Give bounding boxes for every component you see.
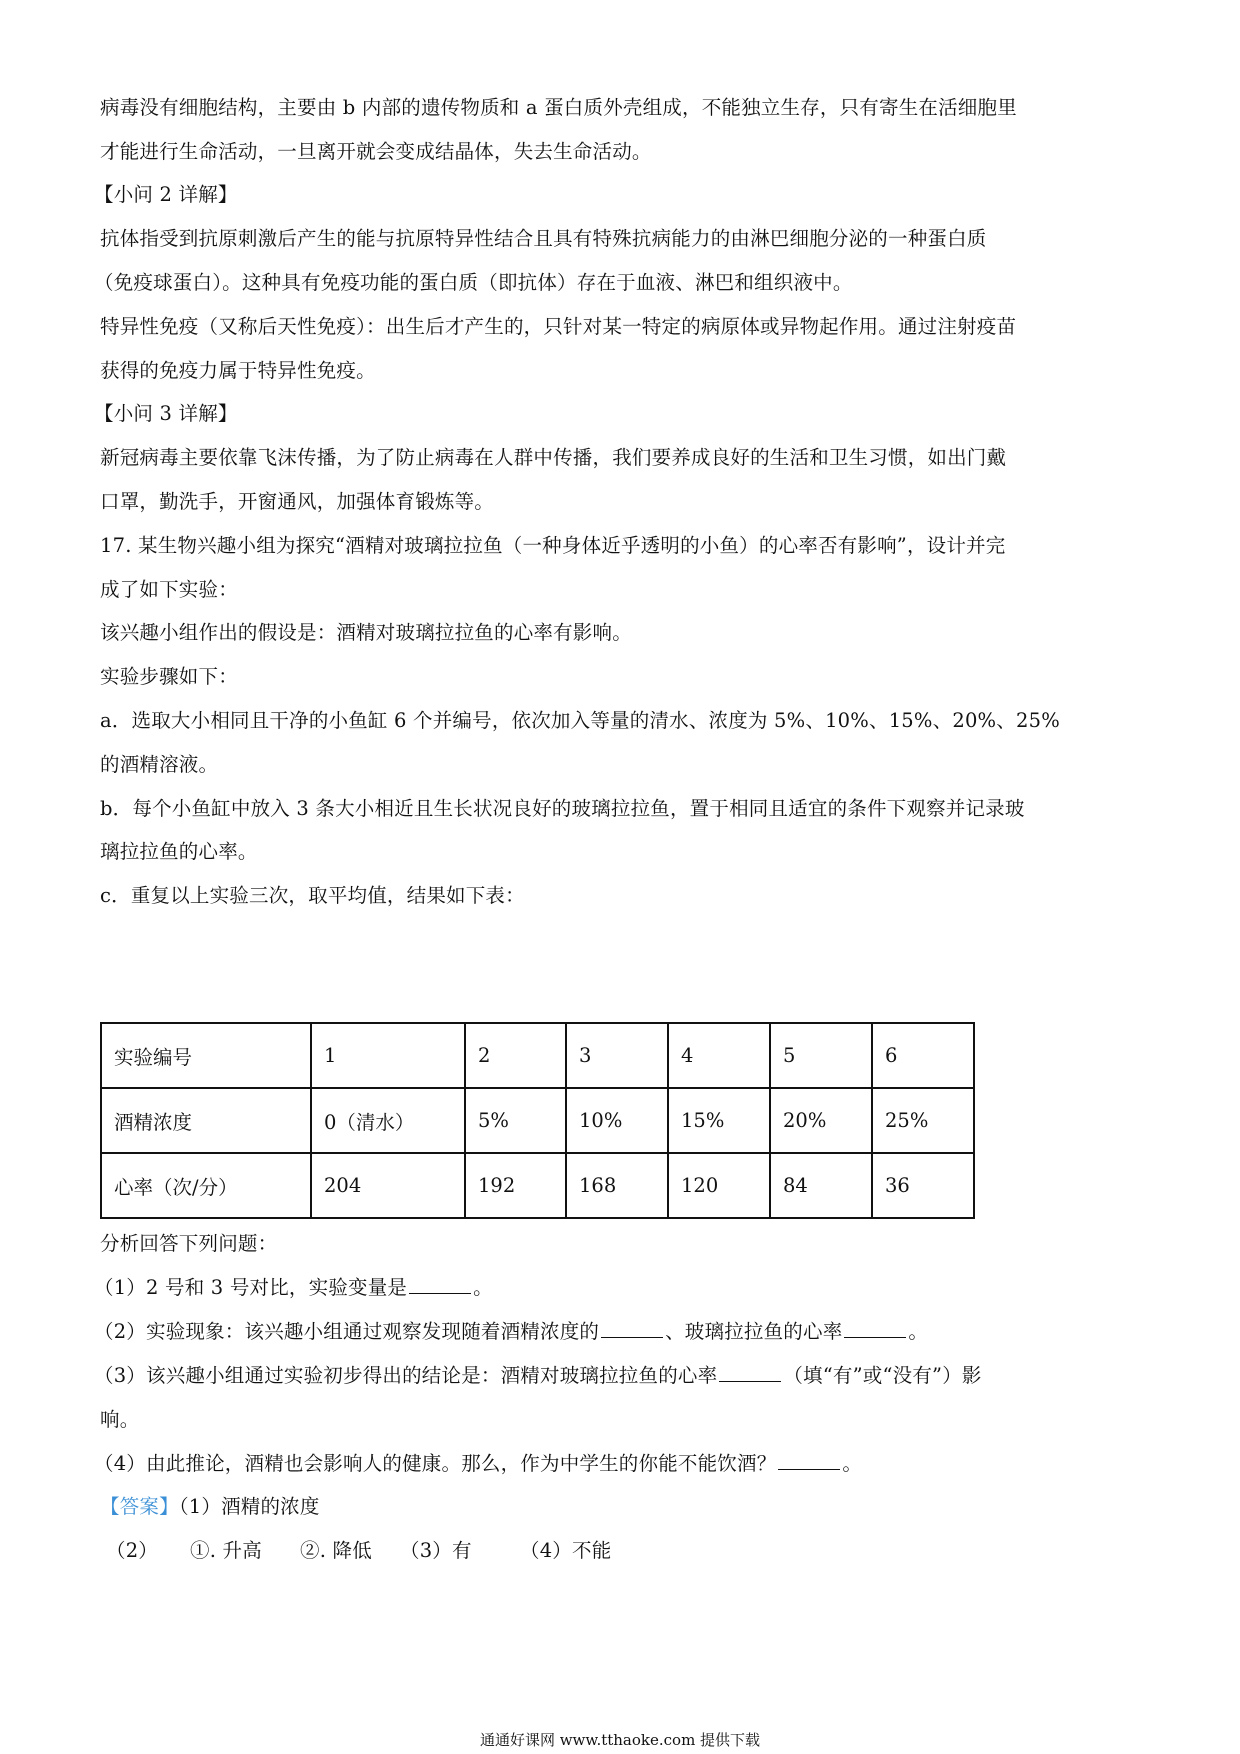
subquestion-2-text: （2）实验现象：该兴趣小组通过观察发现随着酒精浓度的 (94, 1320, 599, 1343)
table-cell: 168 (566, 1153, 668, 1218)
table-cell: 0（清水） (311, 1088, 465, 1153)
answer-blank (719, 1363, 781, 1382)
answer-line-1: 【答案】（1）酒精的浓度 (100, 1494, 320, 1520)
table-cell: 120 (668, 1153, 770, 1218)
analysis-intro: 分析回答下列问题： (100, 1231, 277, 1257)
step-c: c．重复以上实验三次，取平均值，结果如下表： (100, 883, 525, 909)
paragraph-antibody-line1: 抗体指受到抗原刺激后产生的能与抗原特异性结合且具有特殊抗病能力的由淋巴细胞分泌的… (100, 226, 987, 252)
paragraph-immunity-line2: 获得的免疫力属于特异性免疫。 (100, 358, 376, 384)
step-a-line2: 的酒精溶液。 (100, 752, 218, 778)
table-cell: 1 (311, 1023, 465, 1088)
table-cell: 10% (566, 1088, 668, 1153)
answer-2-part-2: ②. 降低 (300, 1538, 372, 1564)
table-row-header: 实验编号 (101, 1023, 311, 1088)
table-row: 心率（次/分） 204 192 168 120 84 36 (101, 1153, 974, 1218)
subquestion-4-text: （4）由此推论，酒精也会影响人的健康。那么，作为中学生的你能不能饮酒？ (94, 1452, 776, 1475)
question-17-hypothesis: 该兴趣小组作出的假设是：酒精对玻璃拉拉鱼的心率有影响。 (100, 620, 632, 646)
paragraph-covid-line2: 口罩，勤洗手，开窗通风，加强体育锻炼等。 (100, 489, 494, 515)
table-cell: 4 (668, 1023, 770, 1088)
subquestion-3: （3）该兴趣小组通过实验初步得出的结论是：酒精对玻璃拉拉鱼的心率（填“有”或“没… (94, 1363, 982, 1389)
step-b-line2: 璃拉拉鱼的心率。 (100, 839, 258, 865)
table-row: 实验编号 1 2 3 4 5 6 (101, 1023, 974, 1088)
answer-2-label: （2） (106, 1538, 158, 1564)
answer-4: （4）不能 (520, 1538, 611, 1564)
table-cell: 36 (872, 1153, 974, 1218)
table-cell: 192 (465, 1153, 566, 1218)
paragraph-antibody-line2: （免疫球蛋白）。这种具有免疫功能的蛋白质（即抗体）存在于血液、淋巴和组织液中。 (94, 270, 853, 296)
subquestion-4: （4）由此推论，酒精也会影响人的健康。那么，作为中学生的你能不能饮酒？。 (94, 1451, 862, 1477)
paragraph-covid-line1: 新冠病毒主要依靠飞沫传播，为了防止病毒在人群中传播，我们要养成良好的生活和卫生习… (100, 445, 1006, 471)
paragraph-virus-line1: 病毒没有细胞结构，主要由 b 内部的遗传物质和 a 蛋白质外壳组成，不能独立生存… (100, 95, 1017, 121)
subquestion-4-end: 。 (842, 1452, 862, 1475)
table-cell: 204 (311, 1153, 465, 1218)
answer-tag: 【答案】 (100, 1495, 179, 1518)
subquestion-2-end: 。 (908, 1320, 928, 1343)
table-row: 酒精浓度 0（清水） 5% 10% 15% 20% 25% (101, 1088, 974, 1153)
question-17-steps-intro: 实验步骤如下： (100, 664, 238, 690)
answer-3: （3）有 (400, 1538, 472, 1564)
heading-subquestion-3: 【小问 3 详解】 (94, 401, 238, 427)
table-cell: 84 (770, 1153, 872, 1218)
table-cell: 20% (770, 1088, 872, 1153)
subquestion-1: （1）2 号和 3 号对比，实验变量是。 (94, 1275, 493, 1301)
answer-1: （1）酒精的浓度 (179, 1495, 320, 1518)
table-row-header: 心率（次/分） (101, 1153, 311, 1218)
answer-2-part-1: ①. 升高 (190, 1538, 262, 1564)
table-cell: 3 (566, 1023, 668, 1088)
answer-blank (409, 1275, 471, 1294)
table-cell: 6 (872, 1023, 974, 1088)
paragraph-virus-line2: 才能进行生命活动，一旦离开就会变成结晶体，失去生命活动。 (100, 139, 652, 165)
answer-blank (601, 1319, 663, 1338)
question-17-stem-line1: 17. 某生物兴趣小组为探究“酒精对玻璃拉拉鱼（一种身体近乎透明的小鱼）的心率否… (100, 533, 1005, 559)
step-a-line1: a．选取大小相同且干净的小鱼缸 6 个并编号，依次加入等量的清水、浓度为 5%、… (100, 708, 1060, 734)
answer-blank (844, 1319, 906, 1338)
table-row-header: 酒精浓度 (101, 1088, 311, 1153)
heading-subquestion-2: 【小问 2 详解】 (94, 182, 238, 208)
step-b-line1: b．每个小鱼缸中放入 3 条大小相近且生长状况良好的玻璃拉拉鱼，置于相同且适宜的… (100, 796, 1025, 822)
table-cell: 25% (872, 1088, 974, 1153)
subquestion-2-mid: 、玻璃拉拉鱼的心率 (665, 1320, 842, 1343)
paragraph-immunity-line1: 特异性免疫（又称后天性免疫）：出生后才产生的，只针对某一特定的病原体或异物起作用… (100, 314, 1016, 340)
subquestion-1-text: （1）2 号和 3 号对比，实验变量是 (94, 1276, 407, 1299)
answer-blank (778, 1451, 840, 1470)
answer-line-2: （2） ①. 升高 ②. 降低 （3）有 （4）不能 (100, 1538, 900, 1564)
table-cell: 5% (465, 1088, 566, 1153)
table-cell: 2 (465, 1023, 566, 1088)
subquestion-3-end: （填“有”或“没有”）影 (783, 1364, 981, 1387)
results-table: 实验编号 1 2 3 4 5 6 酒精浓度 0（清水） 5% 10% 15% 2… (100, 1022, 975, 1219)
subquestion-1-end: 。 (473, 1276, 493, 1299)
subquestion-2: （2）实验现象：该兴趣小组通过观察发现随着酒精浓度的、玻璃拉拉鱼的心率。 (94, 1319, 928, 1345)
page-footer: 通通好课网 www.tthaoke.com 提供下载 (0, 1729, 1240, 1750)
subquestion-3-line2: 响。 (100, 1407, 139, 1433)
table-cell: 5 (770, 1023, 872, 1088)
question-17-stem-line2: 成了如下实验： (100, 577, 238, 603)
table-cell: 15% (668, 1088, 770, 1153)
subquestion-3-text: （3）该兴趣小组通过实验初步得出的结论是：酒精对玻璃拉拉鱼的心率 (94, 1364, 717, 1387)
